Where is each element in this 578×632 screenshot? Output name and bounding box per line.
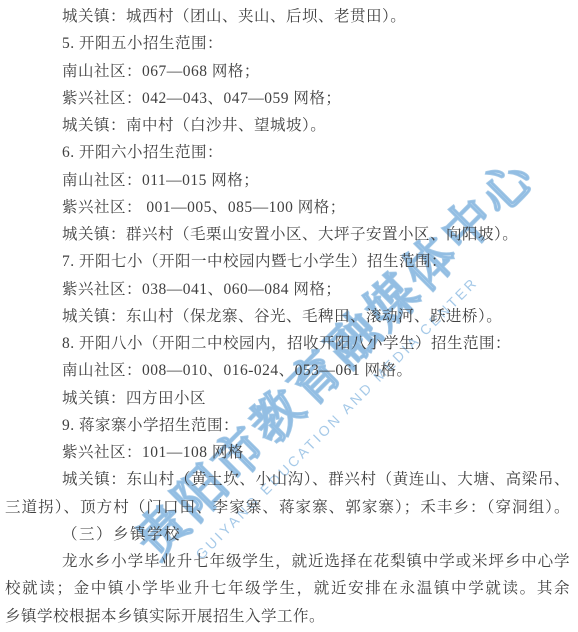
text-line: 紫兴社区： 001—005、085—100 网格； bbox=[5, 194, 570, 221]
text-line: 南山社区：008—010、016-024、053—061 网格。 bbox=[5, 357, 570, 384]
text-line: 8. 开阳八小（开阳二中校园内，招收开阳八小学生）招生范围： bbox=[5, 330, 570, 357]
text-line: 城关镇：东山村（保龙寨、谷光、毛稗田、滚动河、跃进桥）。 bbox=[5, 303, 570, 330]
text-line: （三）乡镇学校 bbox=[5, 521, 570, 548]
text-line: 龙水乡小学毕业升七年级学生，就近选择在花梨镇中学或米坪乡中心学 bbox=[5, 548, 570, 575]
text-line: 紫兴社区：042—043、047—059 网格； bbox=[5, 85, 570, 112]
text-line: 城关镇：东山村（黄土坎、小山沟）、群兴村（黄连山、大塘、高梁吊、 bbox=[5, 466, 570, 493]
text-line: 城关镇：南中村（白沙井、望城坡）。 bbox=[5, 112, 570, 139]
text-line: 城关镇：群兴村（毛栗山安置小区、大坪子安置小区、向阳坡）。 bbox=[5, 221, 570, 248]
text-line: 紫兴社区：038—041、060—084 网格； bbox=[5, 276, 570, 303]
document-text-block: 城关镇：城西村（团山、夹山、后坝、老贯田）。5. 开阳五小招生范围：南山社区：0… bbox=[5, 3, 570, 630]
text-line: 乡镇学校根据本乡镇实际开展招生入学工作。 bbox=[5, 603, 570, 630]
text-line: 三道拐）、顶方村（门口田、李家寨、蒋家寨、郭家寨）；禾丰乡：（穿洞组）。 bbox=[5, 494, 570, 521]
text-line: 紫兴社区：101—108 网格 bbox=[5, 439, 570, 466]
text-line: 城关镇：城西村（团山、夹山、后坝、老贯田）。 bbox=[5, 3, 570, 30]
text-line: 南山社区：011—015 网格； bbox=[5, 167, 570, 194]
text-line: 南山社区：067—068 网格； bbox=[5, 58, 570, 85]
text-line: 9. 蒋家寨小学招生范围： bbox=[5, 412, 570, 439]
text-line: 城关镇：四方田小区 bbox=[5, 385, 570, 412]
text-line: 6. 开阳六小招生范围： bbox=[5, 139, 570, 166]
document-page: 贵阳市教育融媒体中心 GUIYANG EDUCATION AND MEDIA C… bbox=[0, 0, 578, 632]
text-line: 校就读；金中镇小学毕业升七年级学生，就近安排在永温镇中学就读。其余 bbox=[5, 575, 570, 602]
text-line: 7. 开阳七小（开阳一中校园内暨七小学生）招生范围： bbox=[5, 248, 570, 275]
text-line: 5. 开阳五小招生范围： bbox=[5, 30, 570, 57]
